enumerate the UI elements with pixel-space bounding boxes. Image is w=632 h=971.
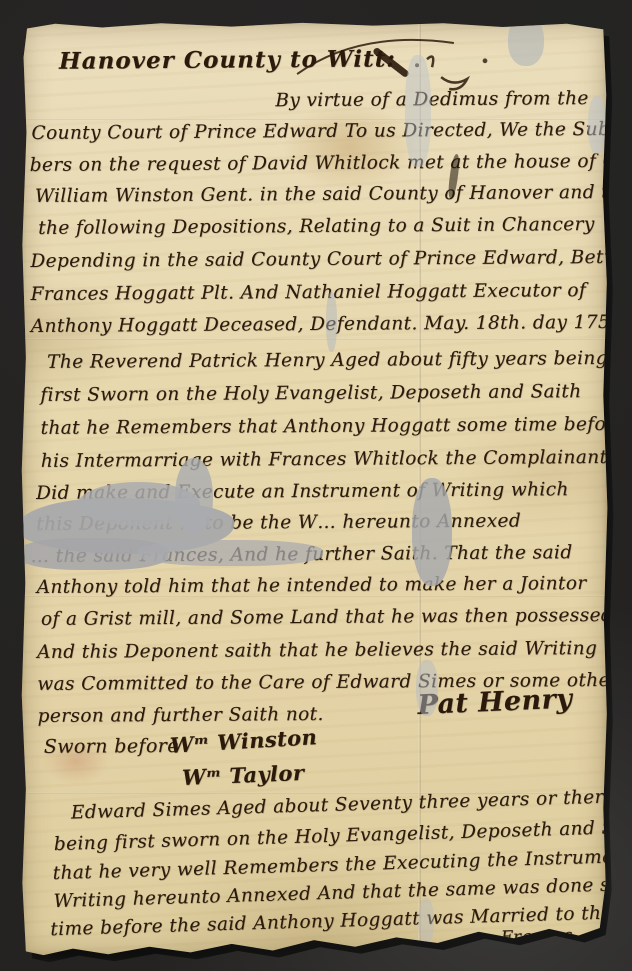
handwriting-layer: Hanover County to Witt: By virtue of a D… (17, 18, 612, 960)
manuscript-paper: Hanover County to Witt: By virtue of a D… (20, 20, 608, 958)
photograph-background: Hanover County to Witt: By virtue of a D… (0, 0, 632, 971)
simes-deposition-block: Edward Simes Aged about Seventy three ye… (0, 5, 611, 960)
manuscript-line: Edward Simes Aged about Seventy three ye… (71, 784, 632, 823)
